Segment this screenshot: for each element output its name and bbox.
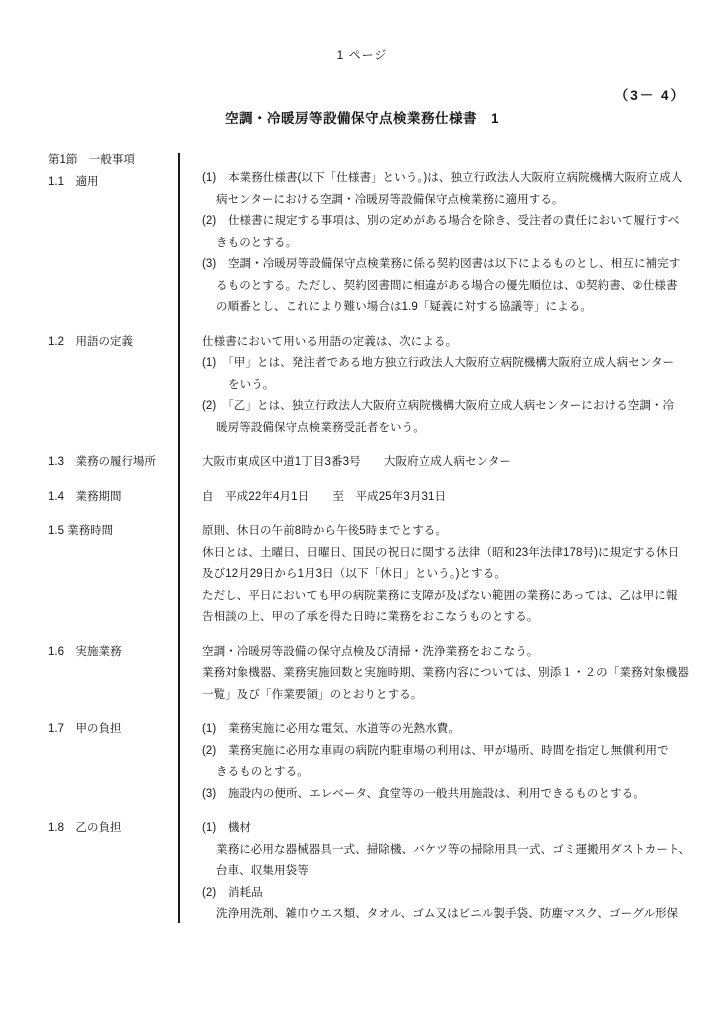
content-line: をいう。 [202, 375, 696, 397]
section-row: 1.2 用語の定義仕様書において用いる用語の定義は、次による。(1) 「甲」とは… [48, 332, 696, 440]
content-line: 空調・冷暖房等設備の保守点検及び清掃・洗浄業務をおこなう。 [202, 642, 696, 664]
section-heading-cell: 第1節 一般事項1.1 適用 [48, 150, 178, 193]
content-line: (2) 消耗品 [202, 883, 696, 905]
content-line: 告相談の上、甲の了承を得た日時に業務をおこなうものとする。 [202, 607, 696, 629]
section-content-cell: (1) 業務実施に必用な電気、水道等の光熱水費。(2) 業務実施に必用な車両の病… [178, 719, 696, 805]
section-content-cell: 仕様書において用いる用語の定義は、次による。(1) 「甲」とは、発注者である地方… [178, 332, 696, 440]
section-row: 1.3 業務の履行場所大阪市東成区中道1丁目3番3号 大阪府立成人病センター [48, 452, 696, 474]
section-row: 第1節 一般事項1.1 適用(1) 本業務仕様書(以下「仕様書」という。)は、独… [48, 150, 696, 319]
content-line: 洗浄用洗剤、雑巾ウエス類、タオル、ゴム又はビニル製手袋、防塵マスク、ゴーグル形保 [202, 904, 696, 926]
content-line: (1) 機材 [202, 818, 696, 840]
section-row: 1.6 実施業務空調・冷暖房等設備の保守点検及び清掃・洗浄業務をおこなう。業務対… [48, 642, 696, 707]
section-heading: 1.7 甲の負担 [48, 719, 172, 741]
section-content-cell: 大阪市東成区中道1丁目3番3号 大阪府立成人病センター [178, 452, 696, 474]
content-line: (2) 「乙」とは、独立行政法人大阪府立病院機構大阪府立成人病センターにおける空… [202, 396, 696, 418]
content-line: 台車、収集用袋等 [202, 861, 696, 883]
content-line: (1) 本業務仕様書(以下「仕様書」という。)は、独立行政法人大阪府立病院機構大… [202, 168, 696, 190]
content-line: 大阪市東成区中道1丁目3番3号 大阪府立成人病センター [202, 452, 696, 474]
column-divider-line [178, 153, 180, 923]
section-row: 1.5 業務時間原則、休日の午前8時から午後5時までとする。休日とは、土曜日、日… [48, 521, 696, 629]
section-content-cell: 空調・冷暖房等設備の保守点検及び清掃・洗浄業務をおこなう。業務対象機器、業務実施… [178, 642, 696, 707]
document-page: 1 ページ （3－ 4） 空調・冷暖房等設備保守点検業務仕様書 1 第1節 一般… [0, 0, 724, 1024]
section-heading-cell: 1.4 業務期間 [48, 487, 178, 509]
content-line: の順番とし、これにより難い場合は1.9「疑義に対する協議等」による。 [202, 297, 696, 319]
content-line: るものとする。ただし、契約図書間に相違がある場合の優先順位は、①契約書、②仕様書 [202, 276, 696, 298]
content-line: 仕様書において用いる用語の定義は、次による。 [202, 332, 696, 354]
section-content-cell: 原則、休日の午前8時から午後5時までとする。休日とは、土曜日、日曜日、国民の祝日… [178, 521, 696, 629]
content-line: (3) 空調・冷暖房等設備保守点検業務に係る契約図書は以下によるものとし、相互に… [202, 254, 696, 276]
section-heading-cell: 1.8 乙の負担 [48, 818, 178, 840]
content-line: (1) 業務実施に必用な電気、水道等の光熱水費。 [202, 719, 696, 741]
content-line: (1) 「甲」とは、発注者である地方独立行政法人大阪府立病院機構大阪府立成人病セ… [202, 353, 696, 375]
content-line: 一覧」及び「作業要領」のとおりとする。 [202, 685, 696, 707]
section-heading-cell: 1.6 実施業務 [48, 642, 178, 664]
section-content-cell: (1) 本業務仕様書(以下「仕様書」という。)は、独立行政法人大阪府立病院機構大… [178, 150, 696, 319]
section-heading-cell: 1.2 用語の定義 [48, 332, 178, 354]
section-heading: 第1節 一般事項 [48, 150, 172, 172]
section-heading: 1.5 業務時間 [48, 521, 172, 543]
section-row: 1.8 乙の負担(1) 機材業務に必用な器械器具一式、掃除機、バケツ等の掃除用具… [48, 818, 696, 926]
content-line: きるものとする。 [202, 762, 696, 784]
section-heading: 1.1 適用 [48, 172, 172, 194]
content-line: (2) 仕様書に規定する事項は、別の定めがある場合を除き、受注者の責任において履… [202, 211, 696, 233]
document-number: （3－ 4） [615, 84, 686, 104]
section-content-cell: (1) 機材業務に必用な器械器具一式、掃除機、バケツ等の掃除用具一式、ゴミ運搬用… [178, 818, 696, 926]
section-heading-cell: 1.5 業務時間 [48, 521, 178, 543]
section-row: 1.4 業務期間自 平成22年4月1日 至 平成25年3月31日 [48, 487, 696, 509]
content-line: 暖房等設備保守点検業務受託者をいう。 [202, 418, 696, 440]
section-heading: 1.8 乙の負担 [48, 818, 172, 840]
content-line: (3) 施設内の便所、エレベータ、食堂等の一般共用施設は、利用できるものとする。 [202, 784, 696, 806]
content-line: ただし、平日においても甲の病院業務に支障が及ばない範囲の業務にあっては、乙は甲に… [202, 586, 696, 608]
content-line: 原則、休日の午前8時から午後5時までとする。 [202, 521, 696, 543]
content-line: 休日とは、土曜日、日曜日、国民の祝日に関する法律（昭和23年法律178号)に規定… [202, 543, 696, 565]
section-heading: 1.6 実施業務 [48, 642, 172, 664]
section-content-cell: 自 平成22年4月1日 至 平成25年3月31日 [178, 487, 696, 509]
section-heading-cell: 1.3 業務の履行場所 [48, 452, 178, 474]
section-heading-cell: 1.7 甲の負担 [48, 719, 178, 741]
content-line: (2) 業務実施に必用な車両の病院内駐車場の利用は、甲が場所、時間を指定し無償利… [202, 741, 696, 763]
content-line: 自 平成22年4月1日 至 平成25年3月31日 [202, 487, 696, 509]
page-number-label: 1 ページ [0, 46, 724, 63]
spec-table-body: 第1節 一般事項1.1 適用(1) 本業務仕様書(以下「仕様書」という。)は、独… [48, 150, 696, 926]
document-title: 空調・冷暖房等設備保守点検業務仕様書 1 [0, 107, 724, 127]
section-row: 1.7 甲の負担(1) 業務実施に必用な電気、水道等の光熱水費。(2) 業務実施… [48, 719, 696, 805]
section-heading: 1.2 用語の定義 [48, 332, 172, 354]
content-line: 病センターにおける空調・冷暖房等設備保守点検業務に適用する。 [202, 190, 696, 212]
content-line: 及び12月29日から1月3日（以下「休日」という。)とする。 [202, 564, 696, 586]
content-line: 業務対象機器、業務実施回数と実施時期、業務内容については、別添１・２の「業務対象… [202, 663, 696, 685]
content-line: きものとする。 [202, 233, 696, 255]
section-heading: 1.3 業務の履行場所 [48, 452, 172, 474]
section-heading: 1.4 業務期間 [48, 487, 172, 509]
spec-table: 第1節 一般事項1.1 適用(1) 本業務仕様書(以下「仕様書」という。)は、独… [48, 150, 696, 939]
content-line: 業務に必用な器械器具一式、掃除機、バケツ等の掃除用具一式、ゴミ運搬用ダストカート… [202, 840, 696, 862]
